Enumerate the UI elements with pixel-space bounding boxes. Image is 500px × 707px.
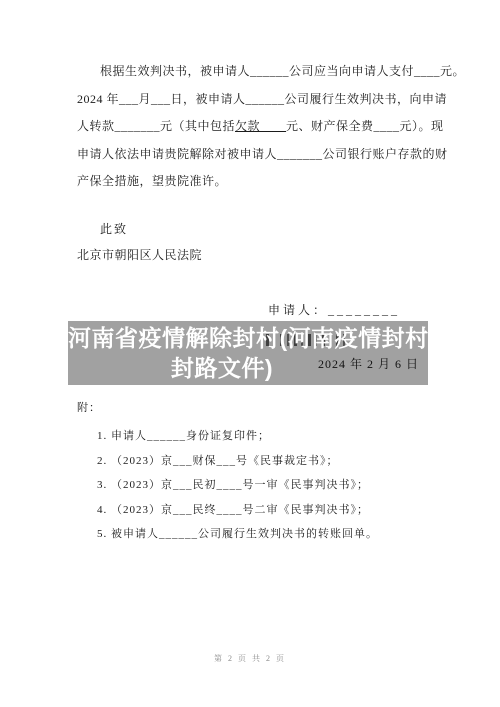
underlined-term: 欠款____ xyxy=(235,119,286,133)
body-paragraph: 根据生效判决书，被申请人______公司应当向申请人支付____元。 2024 … xyxy=(77,58,437,196)
attachment-item: 3. （2023）京___民初____号一审《民事判决书》； xyxy=(97,473,378,498)
paragraph-line: 根据生效判决书，被申请人______公司应当向申请人支付____元。 xyxy=(77,58,437,86)
attachment-item: 1. 申请人______身份证复印件； xyxy=(97,424,378,449)
document-page: 根据生效判决书，被申请人______公司应当向申请人支付____元。 2024 … xyxy=(0,0,500,707)
attachments-label: 附： xyxy=(77,401,101,416)
banner-title-line2: 封路文件) xyxy=(42,353,402,383)
attachment-item: 2. （2023）京___财保___号《民事裁定书》； xyxy=(97,449,378,474)
attachments-list: 1. 申请人______身份证复印件； 2. （2023）京___财保___号《… xyxy=(97,424,378,547)
attachment-item: 4. （2023）京___民终____号二审《民事判决书》； xyxy=(97,498,378,523)
salute-line: 此致 xyxy=(100,221,128,237)
page-number-footer: 第 2 页 共 2 页 xyxy=(0,653,500,664)
banner-title-line1: 河南省疫情解除封村(河南疫情封村 xyxy=(68,323,428,353)
banner-title: 河南省疫情解除封村(河南疫情封村 封路文件) xyxy=(68,323,428,383)
applicant-signature-line: 申请人：________ xyxy=(268,302,400,318)
paragraph-line-segment: 人转款_______元（其中包括 xyxy=(77,119,235,133)
paragraph-line-segment: 元、财产保全费____元）。现 xyxy=(286,119,444,133)
court-name: 北京市朝阳区人民法院 xyxy=(77,247,202,263)
paragraph-line: 2024 年___月___日，被申请人______公司履行生效判决书，向申请 xyxy=(77,86,437,114)
attachment-item: 5. 被申请人______公司履行生效判决书的转账回单。 xyxy=(97,522,378,547)
watermark-banner: 河南省疫情解除封村(河南疫情封村 封路文件) xyxy=(68,321,428,385)
paragraph-line: 人转款_______元（其中包括欠款____元、财产保全费____元）。现 xyxy=(77,113,437,141)
paragraph-line: 申请人依法申请贵院解除对被申请人_______公司银行账户存款的财 xyxy=(77,141,437,169)
paragraph-line: 产保全措施，望贵院准许。 xyxy=(77,168,437,196)
